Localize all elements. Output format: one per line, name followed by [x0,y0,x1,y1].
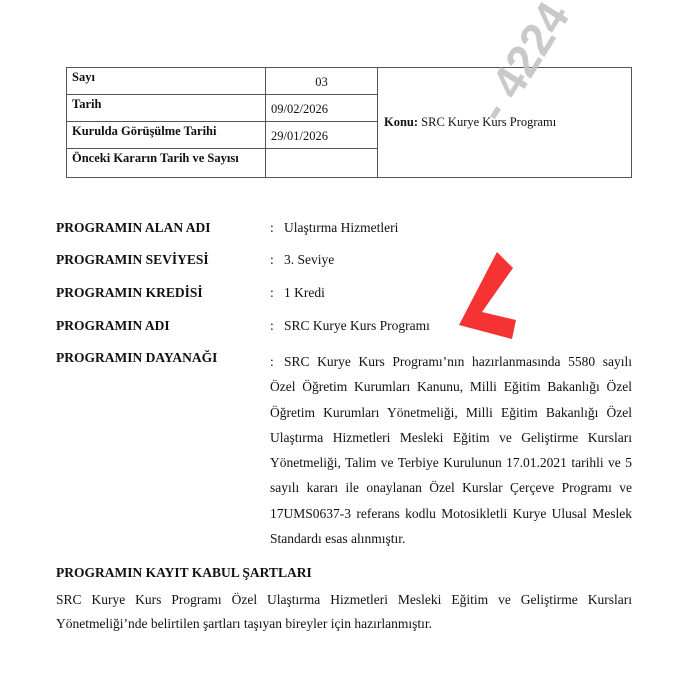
field-label: PROGRAMIN DAYANAĞI [56,349,217,367]
meta-value [266,149,378,178]
meta-label: Sayı [67,68,266,95]
konu-label: Konu: [384,115,418,129]
field-colon: : [270,251,274,269]
meta-label: Kurulda Görüşülme Tarihi [67,122,266,149]
field-value: Ulaştırma Hizmetleri [284,219,398,237]
field-value: 1 Kredi [284,284,325,302]
konu-value: SRC Kurye Kurs Programı [421,115,556,129]
meta-value: 03 [266,68,378,95]
meta-label: Tarih [67,95,266,122]
field-label: PROGRAMIN SEVİYESİ [56,251,209,269]
field-colon: : [270,317,274,335]
dayanak-paragraph: SRC Kurye Kurs Programı’nın hazırlanması… [270,349,632,551]
field-value: 3. Seviye [284,251,334,269]
meta-value: 09/02/2026 [266,95,378,122]
konu-cell: Konu: SRC Kurye Kurs Programı [378,68,632,178]
field-label: PROGRAMIN KREDİSİ [56,284,203,302]
document-meta-table: Sayı 03 Konu: SRC Kurye Kurs Programı Ta… [66,67,632,178]
field-label: PROGRAMIN ALAN ADI [56,219,211,237]
meta-value: 29/01/2026 [266,122,378,149]
section-body: SRC Kurye Kurs Programı Özel Ulaştırma H… [56,588,632,636]
field-label: PROGRAMIN ADI [56,317,170,335]
field-colon: : [270,219,274,237]
meta-row-sayi: Sayı 03 Konu: SRC Kurye Kurs Programı [67,68,632,95]
section-title: PROGRAMIN KAYIT KABUL ŞARTLARI [56,564,312,582]
field-value: SRC Kurye Kurs Programı [284,317,430,335]
field-colon: : [270,284,274,302]
meta-label: Önceki Kararın Tarih ve Sayısı [67,149,266,178]
